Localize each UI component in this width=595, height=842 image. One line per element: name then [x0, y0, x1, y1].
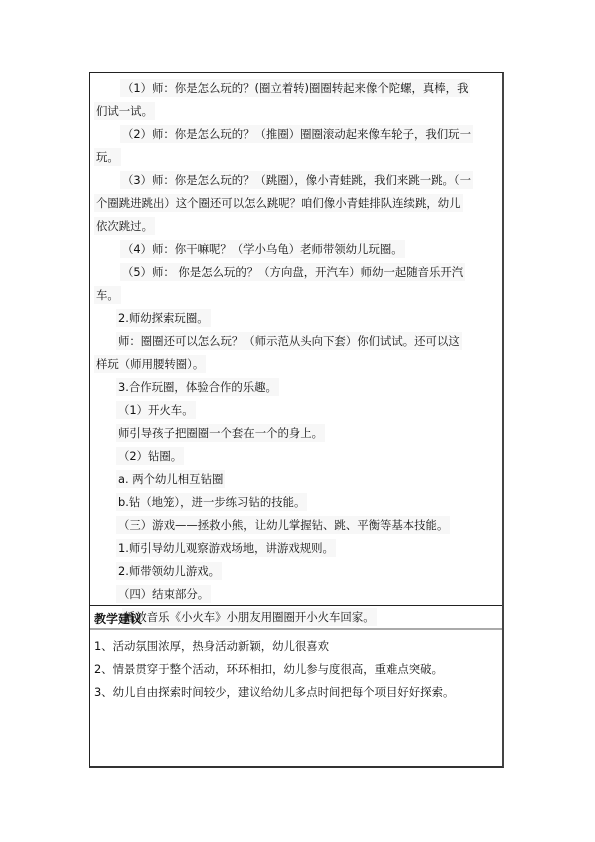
- process-line: （2）师：你是怎么玩的？（推圈）圈圈滚动起来像车轮子，我们玩一: [120, 125, 473, 143]
- process-line: （3）师：你是怎么玩的？（跳圈），像小青蛙跳，我们来跳一跳。（一: [120, 171, 473, 189]
- process-line: （三）游戏——拯救小熊，让幼儿掌握钻、跳、平衡等基本技能。: [116, 516, 450, 534]
- header-divider: [90, 628, 502, 630]
- lesson-table: （1）师：你是怎么玩的？(圈立着转)圈圈转起来像个陀螺，真棒，我们试一试。（2）…: [89, 72, 504, 768]
- process-line: 玩。: [94, 148, 121, 166]
- process-line: 1.师引导幼儿观察游戏场地，讲游戏规则。: [116, 539, 336, 557]
- process-line: 样玩（师用腰转圈）。: [94, 355, 206, 373]
- teaching-suggestions-title: 教学建议: [94, 611, 142, 627]
- process-line: （2）钻圈。: [116, 447, 184, 465]
- process-line: 播放音乐《小火车》小朋友用圈圈开小火车回家。: [122, 608, 377, 626]
- process-line: （1）开火车。: [116, 401, 196, 419]
- process-line: （4）师：你干嘛呢？（学小乌龟）老师带领幼儿玩圈。: [120, 240, 405, 258]
- process-line: （5）师： 你是怎么玩的？（方向盘，开汽车）师幼一起随音乐开汽: [120, 263, 465, 281]
- process-line: 2.师带领幼儿游戏。: [116, 562, 222, 580]
- process-line: a. 两个幼儿相互钻圈: [116, 470, 225, 488]
- process-line: 个圈跳进跳出）这个圈还可以怎么跳呢？咱们像小青蛙排队连续跳，幼儿: [94, 194, 463, 212]
- process-line: （四）结束部分。: [116, 585, 211, 603]
- activity-process-cell: （1）师：你是怎么玩的？(圈立着转)圈圈转起来像个陀螺，真棒，我们试一试。（2）…: [90, 73, 502, 605]
- process-line: （1）师：你是怎么玩的？(圈立着转)圈圈转起来像个陀螺，真棒，我: [120, 79, 470, 97]
- process-line: 师：圈圈还可以怎么玩？（师示范从头向下套）你们试试。还可以这: [116, 332, 462, 350]
- process-line: b.钻（地笼），进一步练习钻的技能。: [116, 493, 307, 511]
- process-line: 师引导孩子把圈圈一个套在一个的身上。: [116, 424, 325, 442]
- process-line: 车。: [94, 286, 121, 304]
- process-line: 3.合作玩圈，体验合作的乐趣。: [116, 378, 279, 396]
- suggestion-item-2: 2、情景贯穿于整个活动，环环相扣，幼儿参与度很高，重难点突破。: [94, 662, 443, 676]
- suggestion-item-3: 3、幼儿自由探索时间较少，建议给幼儿多点时间把每个项目好好探索。: [94, 685, 454, 699]
- process-line: 依次跳过。: [94, 217, 155, 235]
- process-line: 2.师幼探索玩圈。: [116, 309, 211, 327]
- row-divider: [90, 605, 502, 606]
- suggestion-item-1: 1、活动氛围浓厚，热身活动新颖，幼儿很喜欢: [94, 639, 329, 653]
- process-line: 们试一试。: [94, 102, 155, 120]
